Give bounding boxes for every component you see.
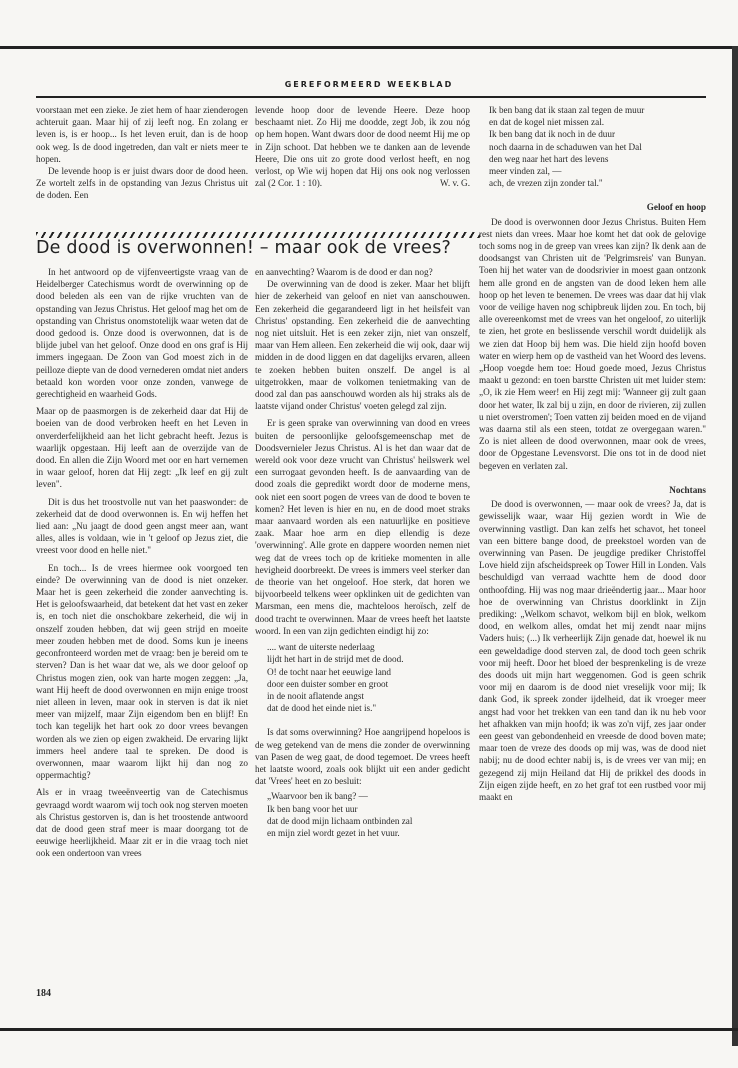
paragraph: De overwinning van de dood is zeker. Maa… [255, 278, 470, 412]
paragraph: De levende hoop is er juist dwars door d… [36, 165, 248, 202]
poem-marsman-quote: .... want de uiterste nederlaag lijdt he… [255, 641, 470, 714]
paragraph: levende hoop door de levende Heere. Deze… [255, 104, 470, 189]
article-column-1: In het antwoord op de vijfenveertigste v… [36, 266, 248, 860]
article-column-2: en aanvechting? Waarom is de dood er dan… [255, 266, 470, 839]
poem-vrees-quote: „Waarvoor ben ik bang? — Ik ben bang voo… [255, 790, 470, 839]
article-column-3: Ik ben bang dat ik staan zal tegen de mu… [479, 104, 706, 803]
paragraph: voorstaan met een zieke. Je ziet hem of … [36, 104, 248, 165]
paragraph: Is dat soms overwinning? Hoe aangrijpend… [255, 726, 470, 787]
poem-continuation: Ik ben bang dat ik staan zal tegen de mu… [479, 104, 706, 189]
paragraph: Maar op de paasmorgen is de zekerheid da… [36, 405, 248, 490]
paragraph: En toch... Is de vrees hiermee ook voorg… [36, 562, 248, 782]
top-border-rule [0, 46, 738, 49]
page-number: 184 [36, 988, 51, 999]
paragraph: De dood is overwonnen door Jezus Christu… [479, 216, 706, 472]
paragraph: Als er in vraag tweeënveertig van de Cat… [36, 786, 248, 859]
paragraph: In het antwoord op de vijfenveertigste v… [36, 266, 248, 400]
masthead: GEREFORMEERD WEEKBLAD [0, 80, 738, 89]
subheading-geloof-en-hoop: Geloof en hoop [479, 201, 706, 213]
paragraph: Er is geen sprake van overwinning van do… [255, 417, 470, 637]
page-edge-shadow [732, 46, 738, 1046]
top-column-1: voorstaan met een zieke. Je ziet hem of … [36, 104, 248, 202]
paragraph: Dit is dus het troostvolle nut van het p… [36, 496, 248, 557]
article-title: De dood is overwonnen! – maar ook de vre… [36, 238, 496, 258]
masthead-rule [36, 96, 706, 98]
paragraph: en aanvechting? Waarom is de dood er dan… [255, 266, 470, 278]
paragraph: De dood is overwonnen, — maar ook de vre… [479, 498, 706, 803]
subheading-nochtans: Nochtans [479, 484, 706, 496]
bottom-border-rule [0, 1028, 738, 1031]
top-column-2: levende hoop door de levende Heere. Deze… [255, 104, 470, 190]
